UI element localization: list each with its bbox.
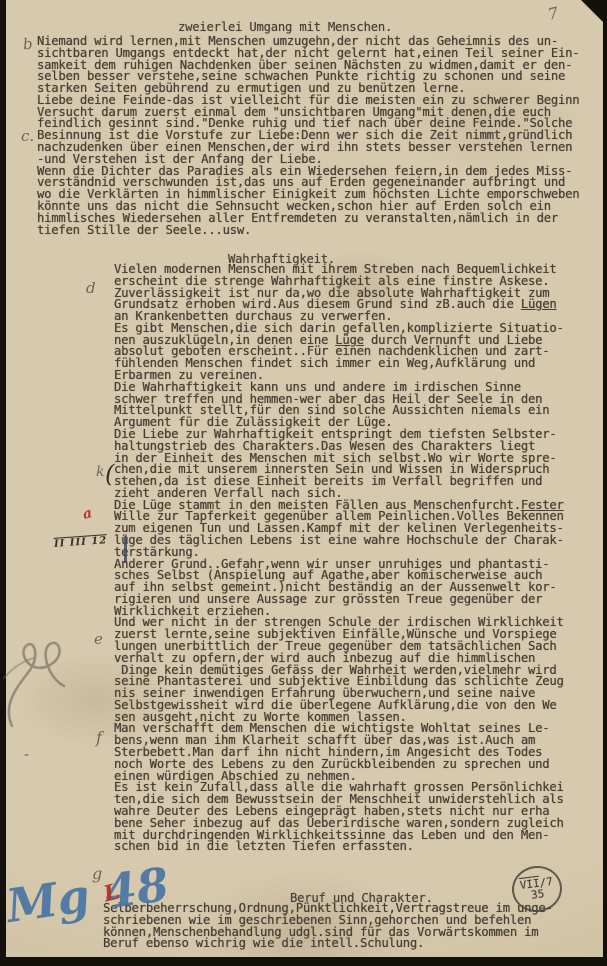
section-beruf-body: Selberbeherrschung,Ordnung,Pünktlichkeit…: [103, 903, 553, 950]
margin-vertical-line: [124, 536, 127, 563]
section-wahrhaftigkeit-body: Vielen modernen Menschen mit ihrem Streb…: [114, 264, 564, 853]
typescript-page: zweierlei Umgang mit Menschen. Niemand w…: [6, 0, 603, 957]
stamp-bottom-number: 35: [530, 888, 544, 901]
typescript-line: Beruf ebenso wichrig wie die intell.Schu…: [103, 938, 553, 950]
section-heading-umgang: zweierlei Umgang mit Menschen.: [178, 20, 392, 34]
typescript-line: schen bid in die letzten Tiefen erfasste…: [114, 841, 564, 853]
typescript-line: tiefen Stille der Seele...usw.: [37, 225, 579, 237]
document-photo: { "page": { "page_number": "7", "paper_c…: [0, 0, 607, 966]
section-umgang-body: Niemand wird lernen,mit Menschen umzugeh…: [37, 36, 579, 236]
